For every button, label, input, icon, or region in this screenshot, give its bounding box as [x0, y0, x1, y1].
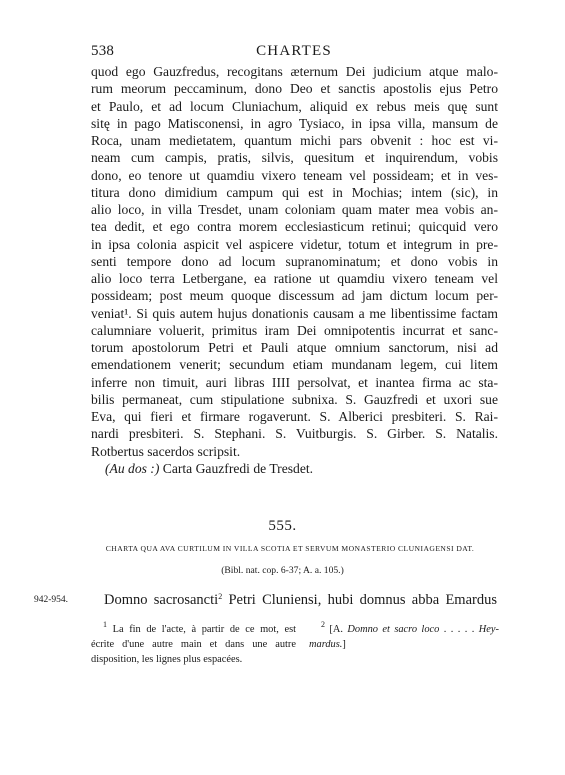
- body-line: calumniare voluerit, primitus iram Dei o…: [91, 322, 498, 339]
- body-line: emendationem venerit; secundum etiam mun…: [91, 356, 498, 373]
- endorsement-text: Carta Gauzfredi de Tresdet.: [163, 461, 313, 476]
- body-line: alio loco, in villa Tresdet, unam coloni…: [91, 201, 498, 218]
- footnote-marker: 1: [103, 620, 107, 629]
- footnote-1: 1 La fin de l'acte, à partir de ce mot, …: [91, 622, 296, 667]
- body-line: in ipsa colonia aspicit vel aspicere vid…: [91, 236, 498, 253]
- body-line: senti tempore dono ad locum supranominat…: [91, 253, 498, 270]
- running-title: CHARTES: [91, 43, 497, 60]
- body-line: alio loco terra Letbergane, ea ratione u…: [91, 270, 498, 287]
- body-line: Roca, unam medietatem, quantum michi par…: [91, 132, 498, 149]
- body-line: torum apostolorum Petri et Pauli atque o…: [91, 339, 498, 356]
- document-page: 538 CHARTES quod ego Gauzfredus, recogit…: [0, 0, 565, 775]
- running-head: 538 CHARTES: [91, 43, 497, 61]
- body-line: nardi presbiteri. S. Stephani. S. Vuitbu…: [91, 425, 498, 442]
- body-line: inferre non timuit, auri libras IIII per…: [91, 374, 498, 391]
- body-line: possideam; post meum quoque discessum ad…: [91, 287, 498, 304]
- body-line: sitę in pago Matisconensi, in agro Tysia…: [91, 115, 498, 132]
- body-line: quod ego Gauzfredus, recogitans æternum …: [91, 63, 498, 80]
- body-line: bilis permaneat, cum stipulatione subnix…: [91, 391, 498, 408]
- charter-source: (Bibl. nat. cop. 6-37; A. a. 105.): [0, 565, 565, 576]
- charter-554-body: quod ego Gauzfredus, recogitans æternum …: [91, 63, 498, 477]
- margin-date: 942-954.: [34, 595, 68, 605]
- footnote-ref-2: 2: [218, 592, 222, 601]
- body-line: Rotbertus sacerdos scripsit.: [91, 443, 498, 460]
- endorsement-label: (Au dos :): [105, 461, 159, 476]
- body-line: neam cum campis, pratis, silvis, quesitu…: [91, 149, 498, 166]
- body-line: titura dono dimidium campum qui est in M…: [91, 184, 498, 201]
- charter-555-first-line: Domno sacrosancti2 Petri Cluniensi, hubi…: [104, 592, 497, 609]
- body-line: veniat¹. Si quis autem hujus donationis …: [91, 305, 498, 322]
- charter-title: Charta qua Ava curtilum in villa Scotia …: [75, 544, 505, 553]
- footnote-2: 2 [A. Domno et sacro loco . . . . . Hey-…: [309, 622, 499, 652]
- body-line: et Paulo, et ad locum Cluniachum, aliqui…: [91, 98, 498, 115]
- body-line: Eva, qui fieri et firmare rogaverunt. S.…: [91, 408, 498, 425]
- charter-number: 555.: [0, 518, 565, 535]
- body-line: dono, eo tenore ut quamdiu vixero teneam…: [91, 167, 498, 184]
- body-line: rum meorum peccaminum, dono Deo et sanct…: [91, 80, 498, 97]
- endorsement-line: (Au dos :) Carta Gauzfredi de Tresdet.: [91, 460, 498, 477]
- body-line: tea dedit, et ego contra morem ecclesias…: [91, 218, 498, 235]
- footnote-marker: 2: [321, 620, 325, 629]
